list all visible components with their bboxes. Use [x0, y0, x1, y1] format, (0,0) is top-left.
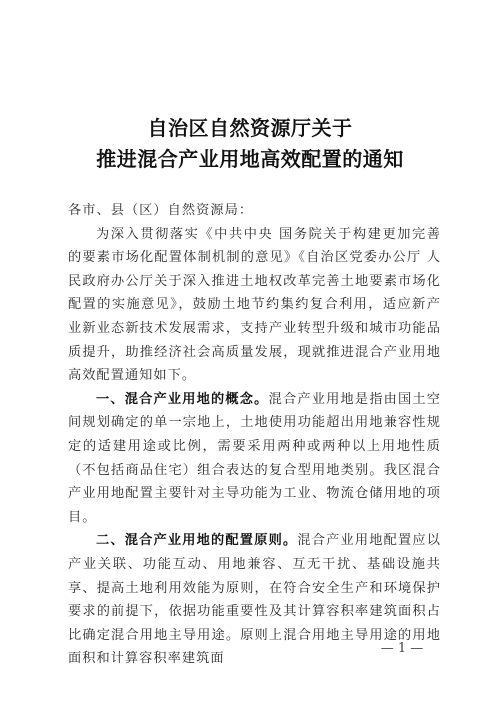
document-body: 各市、县（区）自然资源局： 为深入贯彻落实《中共中央 国务院关于构建更加完善的要… — [68, 199, 441, 671]
document-title-line-2: 推进混合产业用地高效配置的通知 — [0, 143, 500, 172]
section-2-heading: 二、混合产业用地的配置原则。 — [96, 533, 297, 548]
document-title-line-1: 自治区自然资源厅关于 — [0, 112, 500, 141]
document-page: 自治区自然资源厅关于 推进混合产业用地高效配置的通知 各市、县（区）自然资源局：… — [0, 0, 500, 708]
page-number: — 1 — — [372, 641, 432, 656]
section-1-heading: 一、混合产业用地的概念。 — [96, 392, 269, 407]
section-1-paragraph: 一、混合产业用地的概念。混合产业用地是指由国土空间规划确定的单一宗地上，土地使用… — [68, 388, 441, 530]
section-1-body: 混合产业用地是指由国土空间规划确定的单一宗地上，土地使用功能超出用地兼容性规定的… — [68, 392, 441, 525]
intro-paragraph: 为深入贯彻落实《中共中央 国务院关于构建更加完善的要素市场化配置体制机制的意见》… — [68, 223, 441, 388]
salutation: 各市、县（区）自然资源局： — [68, 199, 441, 223]
